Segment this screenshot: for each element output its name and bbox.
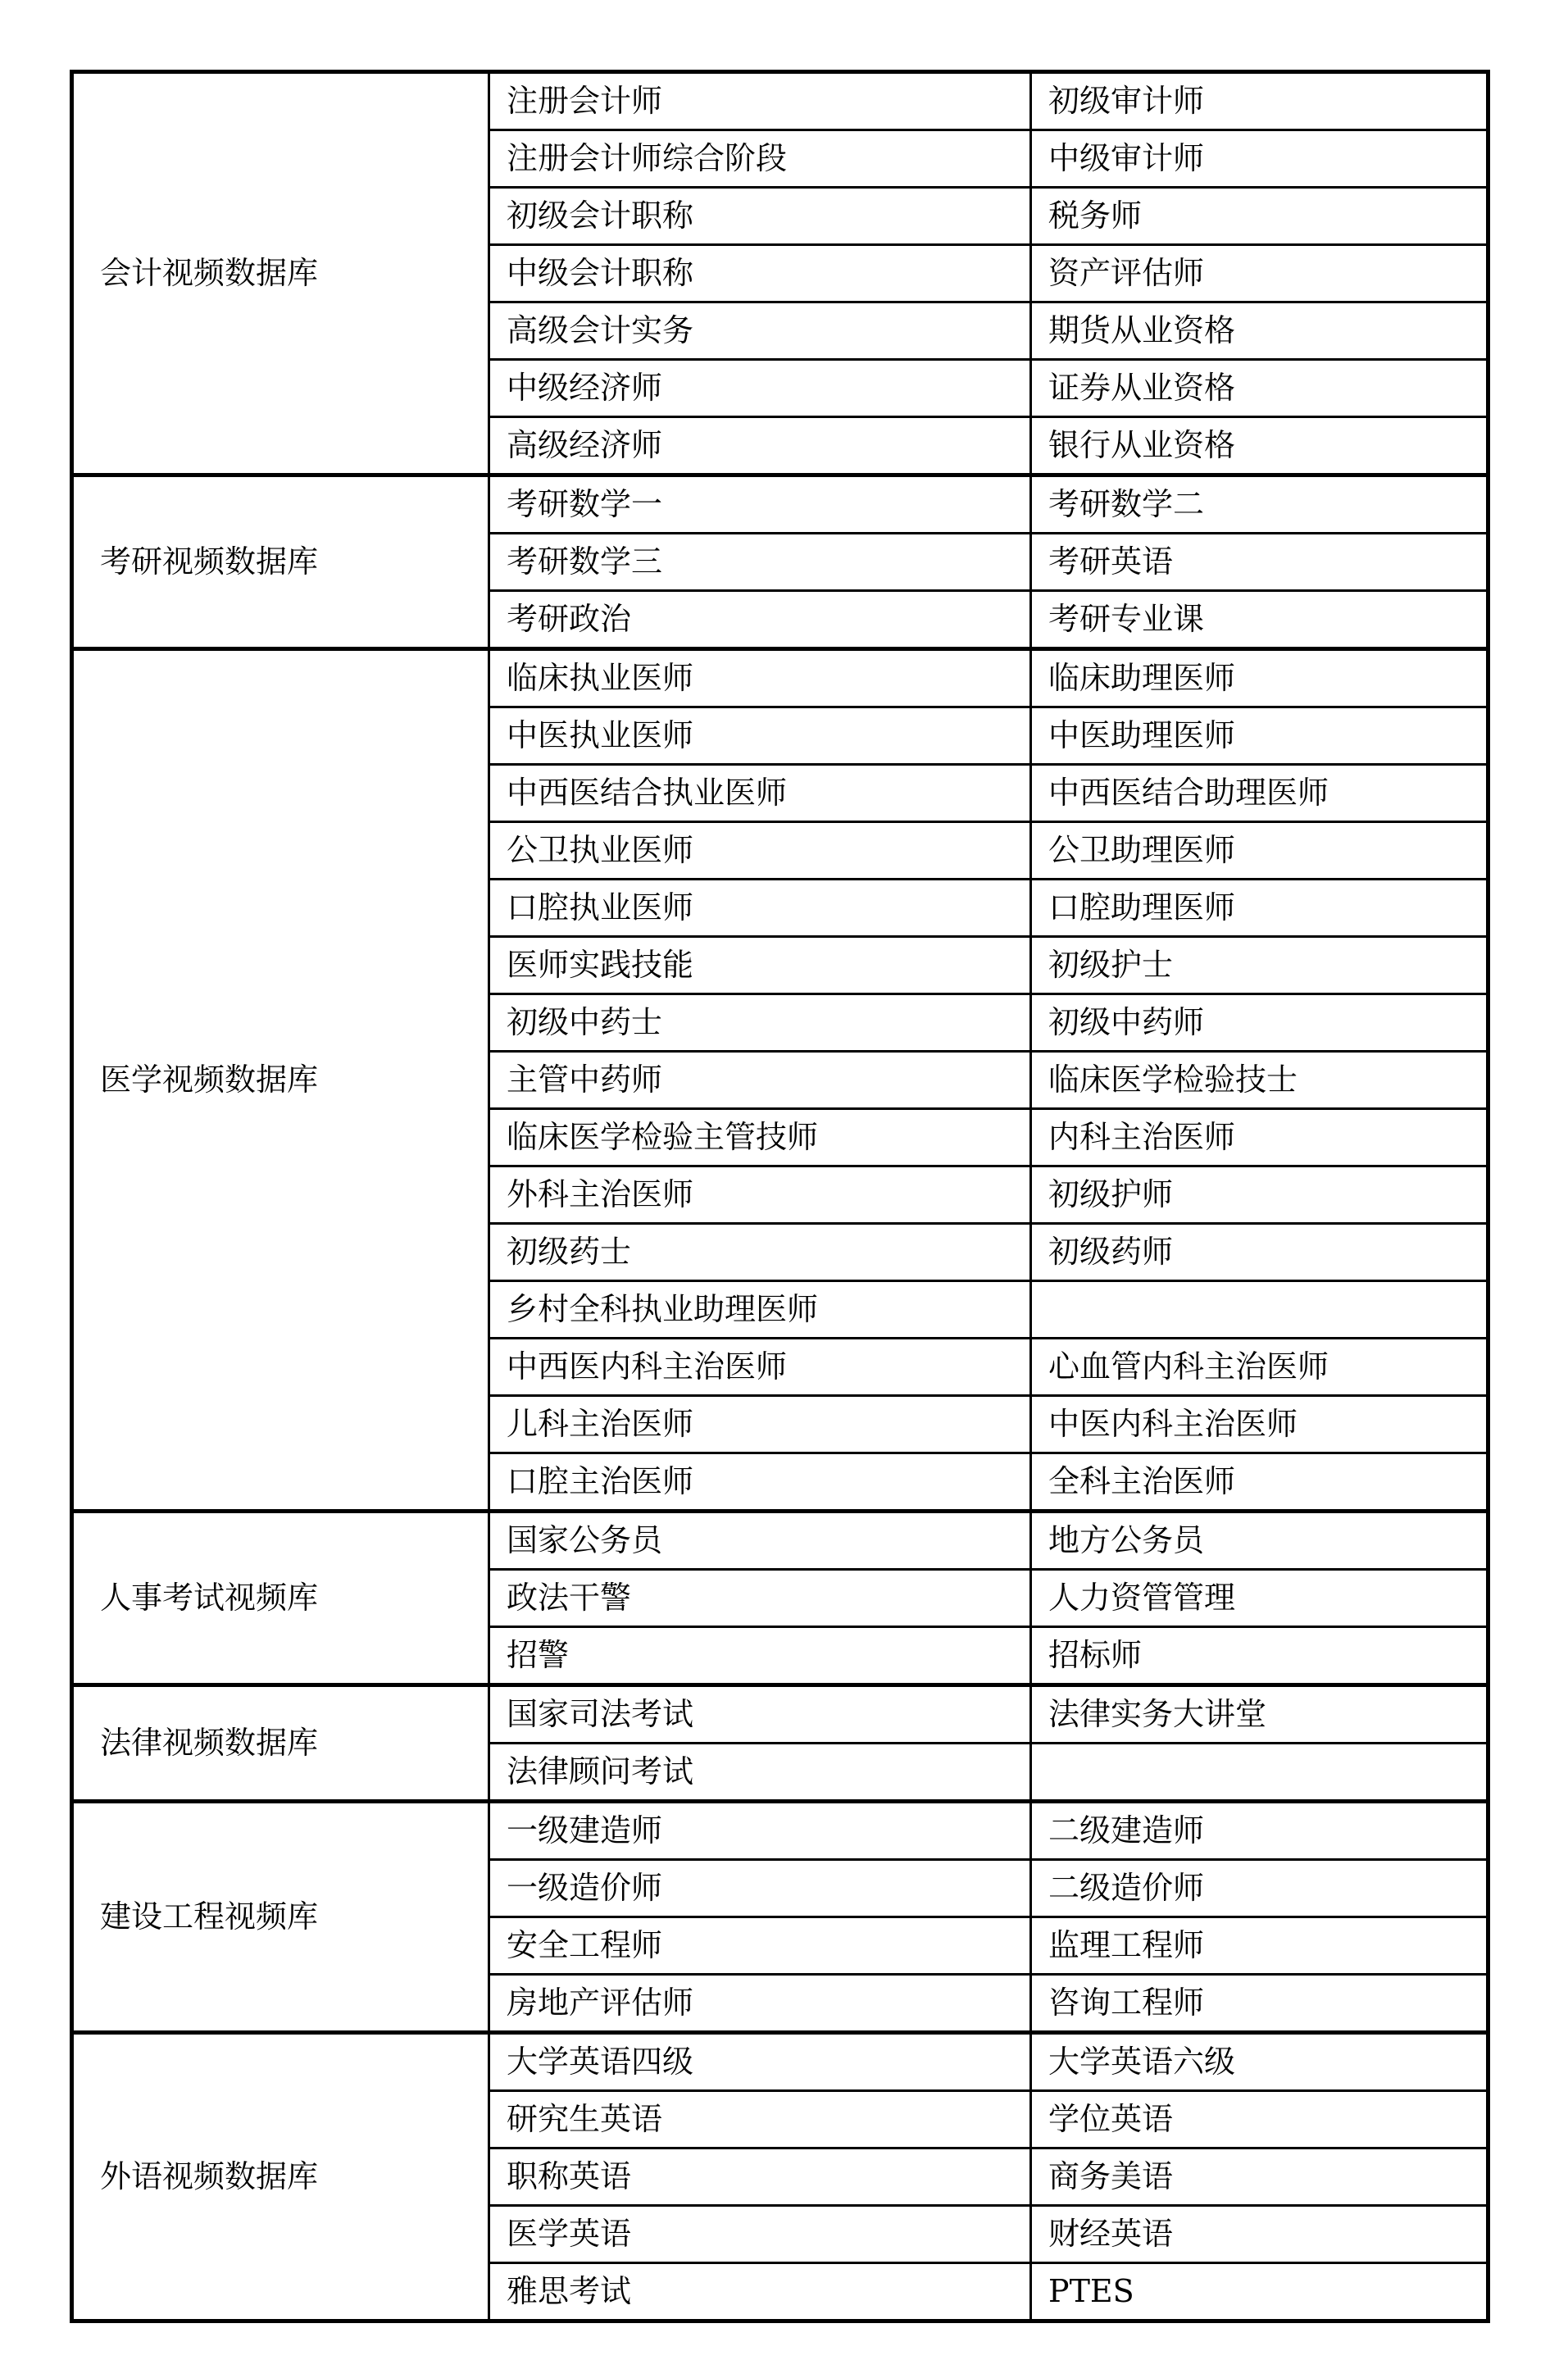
course-cell: 高级会计实务 bbox=[489, 302, 1031, 360]
table-row: 法律视频数据库国家司法考试法律实务大讲堂 bbox=[72, 1685, 1488, 1744]
course-cell: 注册会计师 bbox=[489, 72, 1031, 130]
course-cell: 临床医学检验主管技师 bbox=[489, 1109, 1031, 1166]
table-row: 医学视频数据库临床执业医师临床助理医师 bbox=[72, 649, 1488, 707]
course-cell: 安全工程师 bbox=[489, 1917, 1031, 1975]
table-section-1: 会计视频数据库注册会计师初级审计师注册会计师综合阶段中级审计师初级会计职称税务师… bbox=[72, 72, 1488, 475]
category-cell: 法律视频数据库 bbox=[72, 1685, 489, 1802]
course-cell: 中医助理医师 bbox=[1031, 707, 1488, 765]
course-cell: 职称英语 bbox=[489, 2148, 1031, 2206]
course-cell: 临床助理医师 bbox=[1031, 649, 1488, 707]
course-cell: 儿科主治医师 bbox=[489, 1396, 1031, 1453]
category-cell: 人事考试视频库 bbox=[72, 1512, 489, 1685]
table-section-4: 人事考试视频库国家公务员地方公务员政法干警人力资管管理招警招标师 bbox=[72, 1512, 1488, 1685]
course-cell: 国家公务员 bbox=[489, 1512, 1031, 1570]
course-cell: 财经英语 bbox=[1031, 2206, 1488, 2263]
table-section-7: 外语视频数据库大学英语四级大学英语六级研究生英语学位英语职称英语商务美语医学英语… bbox=[72, 2033, 1488, 2321]
category-cell: 外语视频数据库 bbox=[72, 2033, 489, 2321]
course-cell: 期货从业资格 bbox=[1031, 302, 1488, 360]
table-row: 会计视频数据库注册会计师初级审计师 bbox=[72, 72, 1488, 130]
course-cell: 一级造价师 bbox=[489, 1860, 1031, 1917]
course-cell: 招警 bbox=[489, 1627, 1031, 1685]
course-cell: 初级会计职称 bbox=[489, 188, 1031, 245]
category-cell: 建设工程视频库 bbox=[72, 1802, 489, 2033]
course-cell: 雅思考试 bbox=[489, 2263, 1031, 2321]
course-cell: 初级药士 bbox=[489, 1224, 1031, 1281]
course-cell: 法律实务大讲堂 bbox=[1031, 1685, 1488, 1744]
course-cell: 心血管内科主治医师 bbox=[1031, 1339, 1488, 1396]
course-cell: 口腔助理医师 bbox=[1031, 880, 1488, 937]
course-cell: 医学英语 bbox=[489, 2206, 1031, 2263]
table-row: 人事考试视频库国家公务员地方公务员 bbox=[72, 1512, 1488, 1570]
course-cell: 口腔执业医师 bbox=[489, 880, 1031, 937]
course-cell: 法律顾问考试 bbox=[489, 1744, 1031, 1802]
course-cell: 考研专业课 bbox=[1031, 591, 1488, 649]
video-database-table: 会计视频数据库注册会计师初级审计师注册会计师综合阶段中级审计师初级会计职称税务师… bbox=[70, 70, 1490, 2323]
course-cell: 初级护师 bbox=[1031, 1166, 1488, 1224]
course-cell: 中西医结合执业医师 bbox=[489, 765, 1031, 822]
course-cell: 税务师 bbox=[1031, 188, 1488, 245]
course-cell: 公卫执业医师 bbox=[489, 822, 1031, 880]
course-cell: 中医执业医师 bbox=[489, 707, 1031, 765]
table-row: 外语视频数据库大学英语四级大学英语六级 bbox=[72, 2033, 1488, 2091]
table-section-3: 医学视频数据库临床执业医师临床助理医师中医执业医师中医助理医师中西医结合执业医师… bbox=[72, 649, 1488, 1512]
course-cell: 医师实践技能 bbox=[489, 937, 1031, 994]
category-cell: 医学视频数据库 bbox=[72, 649, 489, 1512]
table-section-6: 建设工程视频库一级建造师二级建造师一级造价师二级造价师安全工程师监理工程师房地产… bbox=[72, 1802, 1488, 2033]
course-cell: 大学英语六级 bbox=[1031, 2033, 1488, 2091]
course-cell: 临床执业医师 bbox=[489, 649, 1031, 707]
table-section-5: 法律视频数据库国家司法考试法律实务大讲堂法律顾问考试 bbox=[72, 1685, 1488, 1802]
course-cell: 咨询工程师 bbox=[1031, 1975, 1488, 2033]
course-cell: 人力资管管理 bbox=[1031, 1570, 1488, 1627]
course-cell: 中级审计师 bbox=[1031, 130, 1488, 188]
course-cell: 考研数学一 bbox=[489, 475, 1031, 534]
course-cell: 二级建造师 bbox=[1031, 1802, 1488, 1860]
course-cell: 研究生英语 bbox=[489, 2091, 1031, 2148]
course-cell: 商务美语 bbox=[1031, 2148, 1488, 2206]
course-cell: 中级会计职称 bbox=[489, 245, 1031, 302]
course-cell: 全科主治医师 bbox=[1031, 1453, 1488, 1512]
category-cell: 会计视频数据库 bbox=[72, 72, 489, 475]
course-cell: 中西医结合助理医师 bbox=[1031, 765, 1488, 822]
course-cell: 考研英语 bbox=[1031, 534, 1488, 591]
course-cell: 口腔主治医师 bbox=[489, 1453, 1031, 1512]
course-cell: 初级审计师 bbox=[1031, 72, 1488, 130]
document-page: 会计视频数据库注册会计师初级审计师注册会计师综合阶段中级审计师初级会计职称税务师… bbox=[0, 0, 1568, 2369]
course-cell: 房地产评估师 bbox=[489, 1975, 1031, 2033]
course-cell: 学位英语 bbox=[1031, 2091, 1488, 2148]
course-cell: 考研数学二 bbox=[1031, 475, 1488, 534]
course-cell: PTES bbox=[1031, 2263, 1488, 2321]
course-cell: 初级中药师 bbox=[1031, 994, 1488, 1052]
course-cell: 二级造价师 bbox=[1031, 1860, 1488, 1917]
course-cell: 内科主治医师 bbox=[1031, 1109, 1488, 1166]
course-cell: 初级中药士 bbox=[489, 994, 1031, 1052]
course-cell: 银行从业资格 bbox=[1031, 417, 1488, 475]
course-cell: 公卫助理医师 bbox=[1031, 822, 1488, 880]
table-row: 考研视频数据库考研数学一考研数学二 bbox=[72, 475, 1488, 534]
empty-cell bbox=[1031, 1281, 1488, 1339]
course-cell: 中医内科主治医师 bbox=[1031, 1396, 1488, 1453]
course-cell: 临床医学检验技士 bbox=[1031, 1052, 1488, 1109]
course-cell: 一级建造师 bbox=[489, 1802, 1031, 1860]
course-cell: 高级经济师 bbox=[489, 417, 1031, 475]
course-cell: 监理工程师 bbox=[1031, 1917, 1488, 1975]
course-cell: 乡村全科执业助理医师 bbox=[489, 1281, 1031, 1339]
course-cell: 证券从业资格 bbox=[1031, 360, 1488, 417]
course-cell: 国家司法考试 bbox=[489, 1685, 1031, 1744]
course-cell: 主管中药师 bbox=[489, 1052, 1031, 1109]
course-cell: 外科主治医师 bbox=[489, 1166, 1031, 1224]
table-section-2: 考研视频数据库考研数学一考研数学二考研数学三考研英语考研政治考研专业课 bbox=[72, 475, 1488, 649]
empty-cell bbox=[1031, 1744, 1488, 1802]
course-cell: 招标师 bbox=[1031, 1627, 1488, 1685]
course-cell: 中级经济师 bbox=[489, 360, 1031, 417]
course-cell: 初级药师 bbox=[1031, 1224, 1488, 1281]
course-cell: 中西医内科主治医师 bbox=[489, 1339, 1031, 1396]
course-cell: 地方公务员 bbox=[1031, 1512, 1488, 1570]
course-cell: 政法干警 bbox=[489, 1570, 1031, 1627]
category-cell: 考研视频数据库 bbox=[72, 475, 489, 649]
course-cell: 资产评估师 bbox=[1031, 245, 1488, 302]
course-cell: 考研数学三 bbox=[489, 534, 1031, 591]
table-row: 建设工程视频库一级建造师二级建造师 bbox=[72, 1802, 1488, 1860]
course-cell: 注册会计师综合阶段 bbox=[489, 130, 1031, 188]
course-cell: 考研政治 bbox=[489, 591, 1031, 649]
course-cell: 初级护士 bbox=[1031, 937, 1488, 994]
course-cell: 大学英语四级 bbox=[489, 2033, 1031, 2091]
